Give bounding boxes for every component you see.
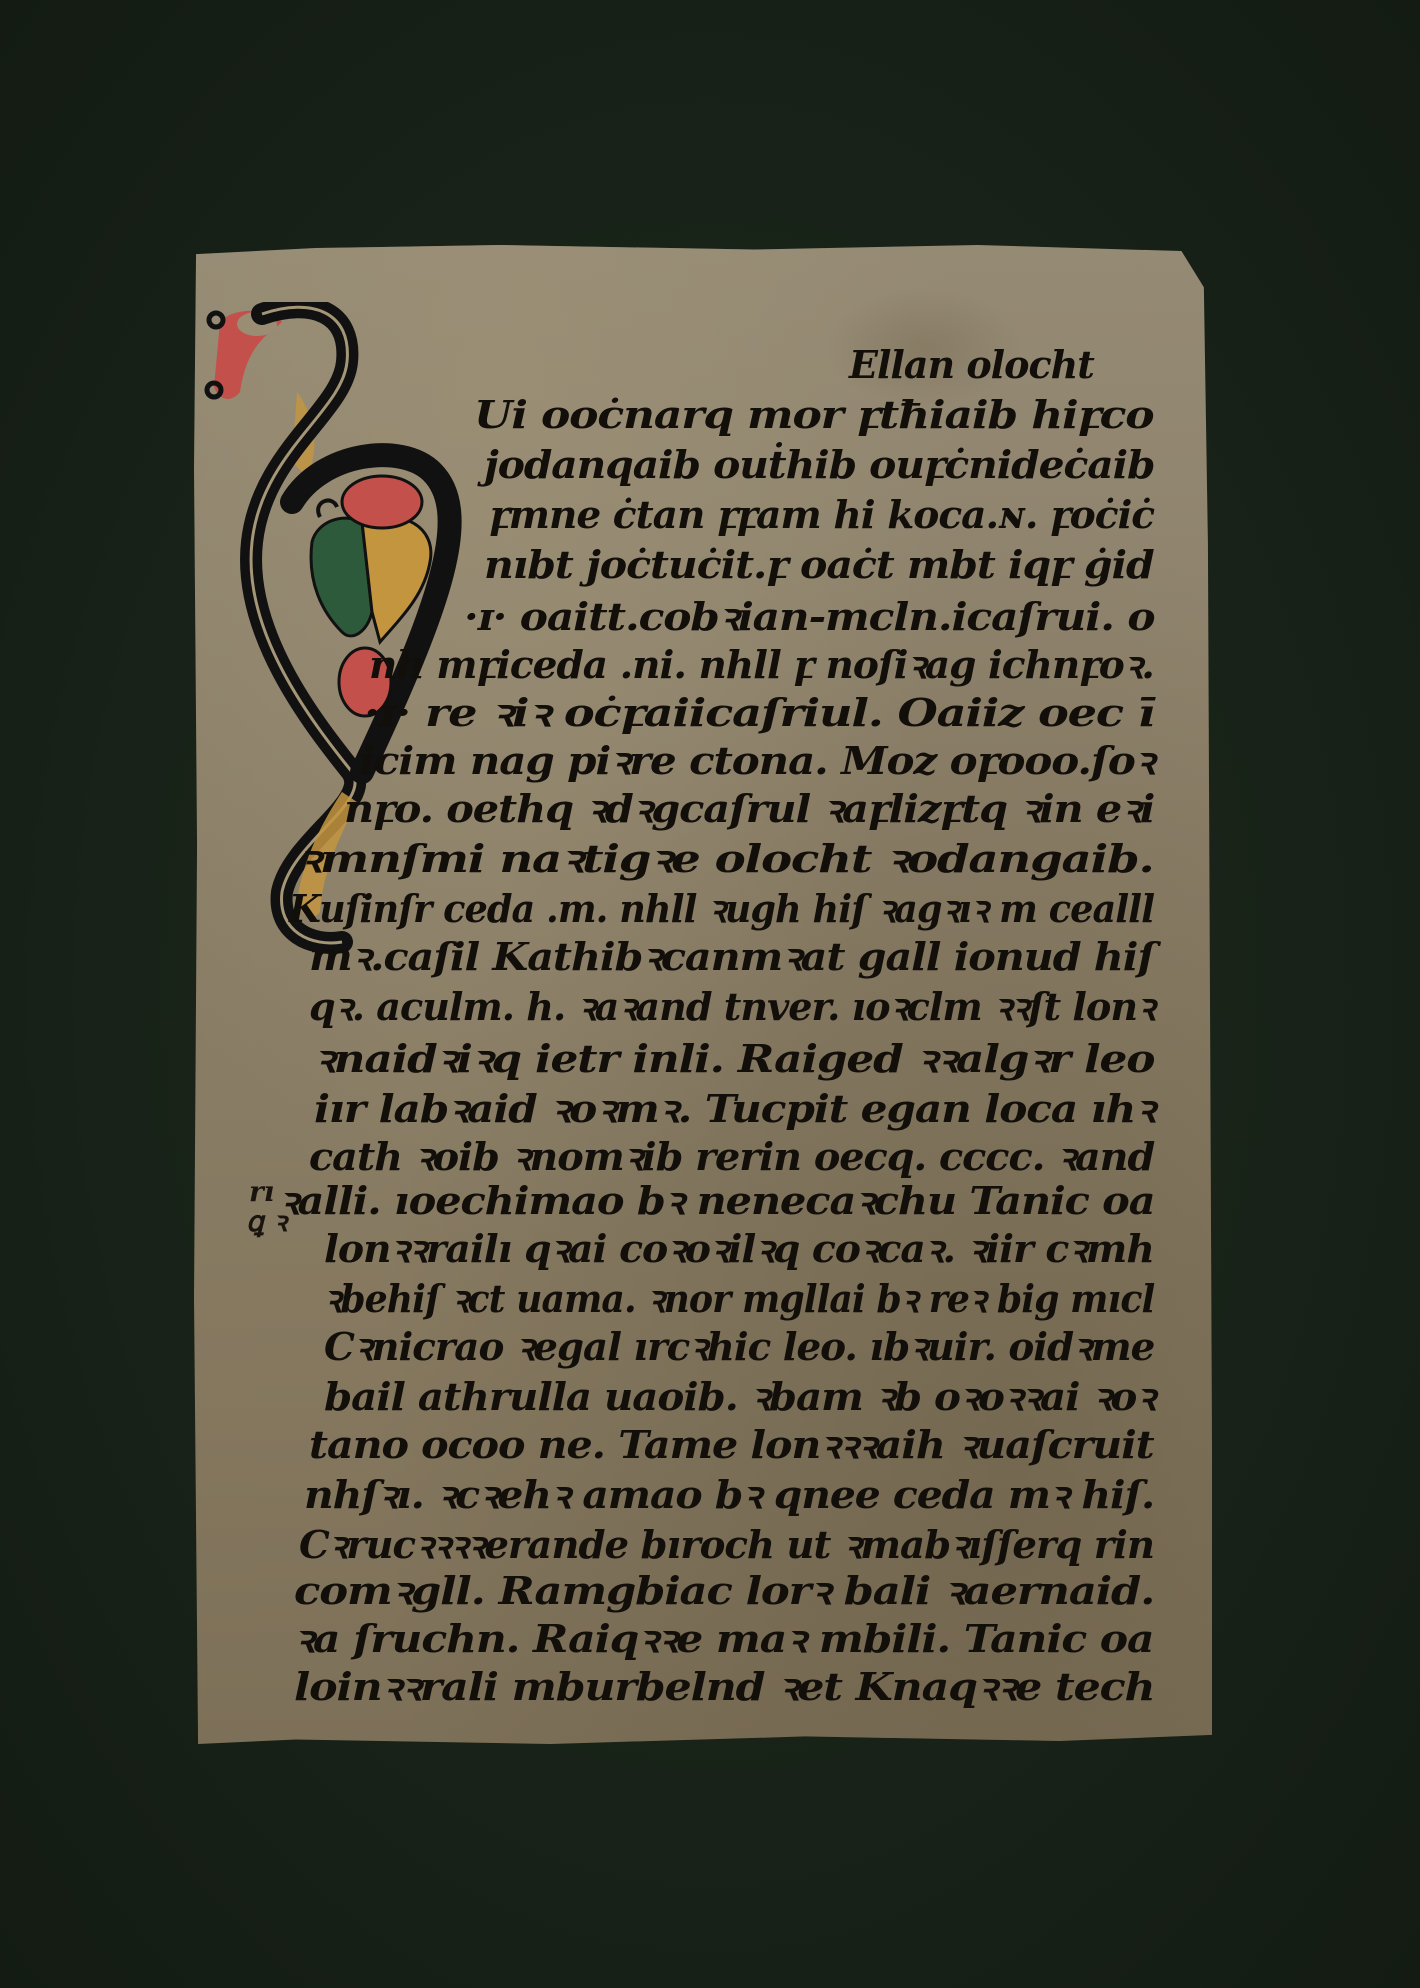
manuscript-line: ꝛnaidꝛiꝛq ietr inli. Raiged ꝛꝛalgꝛr leo <box>314 1032 1154 1084</box>
manuscript-line: ꝛbehiſ ꝛct uama. ꝛnor mgllai bꝛ reꝛ big … <box>324 1272 1154 1324</box>
manuscript-line: ꝼmne ċtan ꝼꝼam hi koca.ɴ. ꝼoċiċ <box>489 492 1154 537</box>
manuscript-line: nıbt joċtuċit.ꝼ oaċt mbt iqꝼ ġid <box>484 542 1154 587</box>
manuscript-line: Cꝛrucꝛꝛꝛꝛerande bıroch ut ꝛmabꝛıſſerq ri… <box>299 1518 1154 1570</box>
manuscript-line: ꝛalli. ıoechimao bꝛ nenecaꝛchu Tanic oa <box>279 1174 1154 1226</box>
manuscript-line: ·ɪ· re ꝛiꝛ oċꝼaiicaſriul. Oaiiz oec ī <box>364 686 1154 738</box>
manuscript-line: icim nag piꝛre ctona. Moz oꝼooo.ſoꝛ <box>359 734 1154 786</box>
manuscript-line: Kuſinſr ceda .m. nhll ꝛugh hiſ ꝛagꝛıꝛ m … <box>289 882 1154 934</box>
manuscript-line: nꝼo. oethq ꝛdꝛgcaſrul ꝛaꝼlizꝼtq ꝛin eꝛi <box>344 782 1154 834</box>
manuscript-line: comꝛgll. Ramgbiac lorꝛ bali ꝛaernaid. <box>294 1564 1154 1616</box>
margin-note: rı <box>249 1177 274 1207</box>
manuscript-line: qꝛ. aculm. h. ꝛaꝛand tnver. ıoꝛclm ꝛꝛſt … <box>309 980 1154 1032</box>
manuscript-line: lonꝛꝛrailı qꝛai coꝛoꝛilꝛq coꝛcaꝛ. ꝛiir c… <box>324 1222 1154 1274</box>
manuscript-line: iır labꝛaid ꝛoꝛmꝛ. Tucpit egan loca ıhꝛ <box>314 1082 1154 1134</box>
manuscript-line: nhſꝛı. ꝛcꝛehꝛ amao bꝛ qnee ceda mꝛ hiſ. <box>304 1468 1154 1520</box>
manuscript-line: mꝛ.caſil Kathibꝛcanmꝛat gall ionud hiſ <box>309 930 1154 982</box>
manuscript-line: ꝛa ſruchn. Raiqꝛꝛe maꝛ mbili. Tanic oa <box>294 1612 1153 1664</box>
manuscript-heading: Ellan olocht <box>849 342 1094 387</box>
manuscript-line: Ui ooċnarq mor ꝼtħiaib hiꝼco <box>474 392 1154 437</box>
manuscript-line: nh mꝼiceda .ni. nhll ꝼ noſiꝛag ichnꝼoꝛ. <box>369 638 1154 690</box>
manuscript-page: Ellan olocht Ui ooċnarq mor ꝼtħiaib hiꝼc… <box>194 242 1212 1750</box>
manuscript-line: jodanqaib ouṫhib ouꝼċnideċaib <box>484 442 1154 487</box>
manuscript-line: ·ɪ· oaitt.cobꝛian-mcln.icaſrui. o <box>464 590 1155 642</box>
manuscript-line: tano ocoo ne. Tame lonꝛꝛꝛaih ꝛuaſcruit <box>309 1418 1154 1470</box>
margin-note: ꝗ ꝛ <box>246 1207 287 1237</box>
manuscript-line: Cꝛnicrao ꝛegal ırcꝛhic leo. ıbꝛuir. oidꝛ… <box>324 1320 1154 1372</box>
manuscript-line: bail athrulla uaoib. ꝛbam ꝛb oꝛoꝛꝛai ꝛoꝛ <box>324 1370 1154 1422</box>
manuscript-line: loinꝛꝛrali mburbelnd ꝛet Knaqꝛꝛe tech <box>294 1660 1154 1712</box>
manuscript-line: ꝛmnſmi naꝛtigꝛe olocht ꝛodangaib. <box>299 832 1154 884</box>
